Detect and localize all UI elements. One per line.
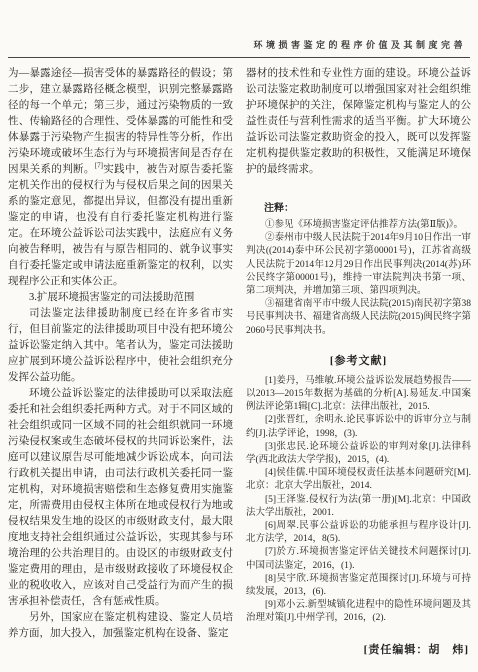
- reference-item: [9]邓小云.新型城镇化进程中的隐性环境问题及其治理对策[J].中州学刊，201…: [246, 599, 471, 625]
- journal-page: 环境损害鉴定的程序价值及其制度完善 为—暴露途径—损害受体的暴露路径的假设；第二…: [0, 0, 478, 672]
- note-item: ②泰州市中级人民法院于2014年9月10日作出一审判决((2014)泰中环公民初…: [246, 232, 471, 298]
- reference-item: [4]侯佳儒.中国环境侵权责任法基本问题研究[M].北京：北京大学出版社，201…: [246, 467, 471, 493]
- note-item: ③福建省南平市中级人民法院(2015)南民初字第38号民事判决书、福建省高级人民…: [246, 298, 471, 338]
- reference-item: [1]姜丹，马维敏.环境公益诉讼发展趋势报告——以2013—2015年数据为基础…: [246, 375, 471, 415]
- reference-item: [8]吴宇欣.环境损害鉴定范围探讨[J].环境与可持续发展，2013，(6).: [246, 573, 471, 599]
- reference-item: [7]於方.环境损害鉴定评估关键技术问题探讨[J].中国司法鉴定，2016，(1…: [246, 546, 471, 572]
- responsible-editor: [责任编辑：胡 炜]: [246, 641, 471, 657]
- reference-item: [3]张忠民.论环境公益诉讼的审判对象[J].法律科学(西北政法大学学报)，20…: [246, 441, 471, 467]
- running-title: 环境损害鉴定的程序价值及其制度完善: [253, 38, 466, 51]
- notes-heading: 注释：: [246, 202, 471, 216]
- paragraph: 司法鉴定法律援助制度已经在许多省市实行，但目前鉴定的法律援助项目中没有把环境公益…: [8, 306, 233, 386]
- paragraph: 另外，国家应在鉴定机构建设、鉴定人员培养方面，加大投入，加强鉴定机构在设备、鉴定: [8, 610, 233, 642]
- reference-item: [6]周翠.民事公益诉讼的功能承担与程序设计[J].北方法学，2014，8(5)…: [246, 520, 471, 546]
- references-section: [参考文献] [1]姜丹，马维敏.环境公益诉讼发展趋势报告——以2013—201…: [246, 352, 471, 626]
- notes-section: 注释： ①参见《环境损害鉴定评估推荐方法(第Ⅱ版)》。 ②泰州市中级人民法院于2…: [246, 202, 471, 338]
- page-body: 为—暴露途径—损害受体的暴露路径的假设；第二步，建立暴露路径概念模型，识别完整暴…: [8, 66, 470, 672]
- paragraph-continuation: 器材的技术性和专业性方面的建设。环境公益诉讼司法鉴定救助制度可以增强国家对社会组…: [246, 66, 471, 178]
- section-heading-3: 3.扩展环境损害鉴定的司法援助范围: [8, 290, 233, 306]
- paragraph: 环境公益诉讼鉴定的法律援助可以采取法庭委托和社会组织委托两种方式。对于不同区域的…: [8, 386, 233, 610]
- note-item: ①参见《环境损害鉴定评估推荐方法(第Ⅱ版)》。: [246, 219, 471, 232]
- header-divider: [8, 57, 470, 58]
- paragraph-continuation: 为—暴露途径—损害受体的暴露路径的假设；第二步，建立暴露路径概念模型，识别完整暴…: [8, 66, 233, 290]
- left-column: 为—暴露途径—损害受体的暴露路径的假设；第二步，建立暴露路径概念模型，识别完整暴…: [8, 66, 233, 672]
- reference-item: [2]张晋红，余明永.论民事诉讼中的诉审分立与制约[J].法学评论，1998，(…: [246, 414, 471, 440]
- reference-item: [5]王泽鉴.侵权行为法(第一册)[M].北京：中国政法大学出版社，2001.: [246, 494, 471, 520]
- paragraph-text: 实践中，被告对原告委托鉴定机关作出的侵权行为与侵权后果之间的因果关系的鉴定意见，…: [8, 164, 233, 287]
- citation-marker: [7]: [95, 162, 103, 170]
- paragraph-text: 为—暴露途径—损害受体的暴露路径的假设；第二步，建立暴露路径概念模型，识别完整暴…: [8, 68, 233, 175]
- references-heading: [参考文献]: [246, 352, 471, 368]
- right-column: 器材的技术性和专业性方面的建设。环境公益诉讼司法鉴定救助制度可以增强国家对社会组…: [246, 66, 471, 672]
